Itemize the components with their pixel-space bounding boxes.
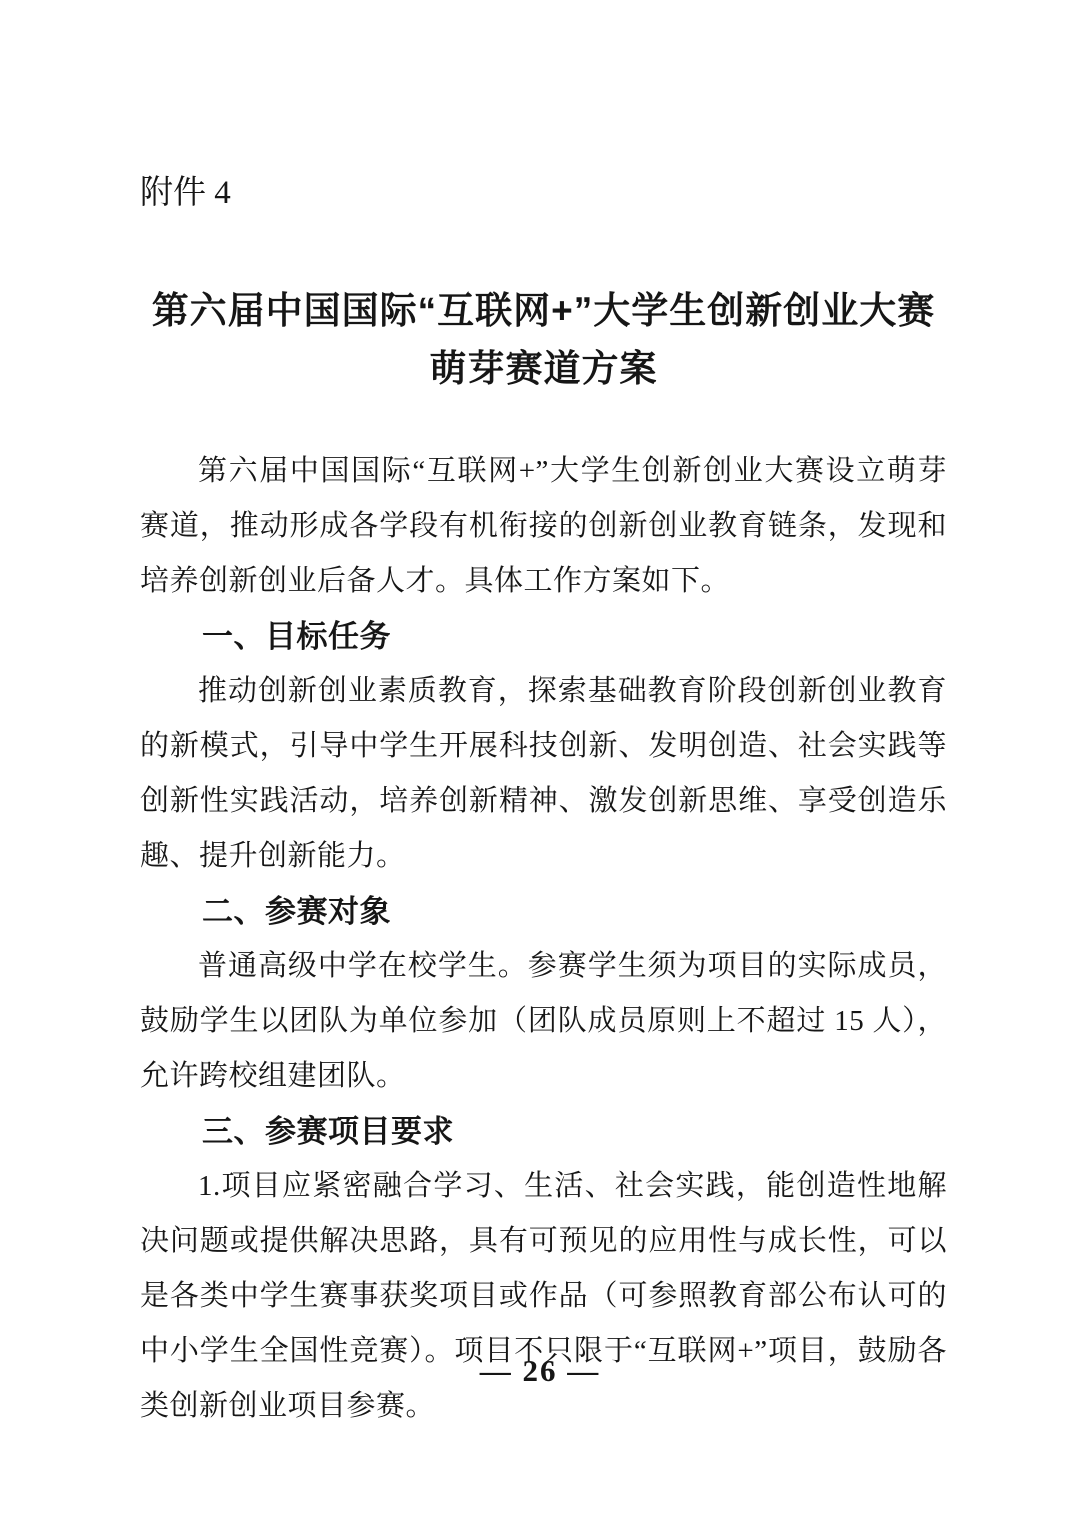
intro-paragraph: 第六届中国国际“互联网+”大学生创新创业大赛设立萌芽赛道，推动形成各学段有机衔接… (140, 444, 947, 609)
section-heading-project-requirements: 三、参赛项目要求 (140, 1104, 947, 1159)
attachment-label: 附件 4 (140, 170, 947, 216)
document-title: 第六届中国国际“互联网+”大学生创新创业大赛 萌芽赛道方案 (140, 282, 947, 398)
goals-paragraph: 推动创新创业素质教育，探索基础教育阶段创新创业教育的新模式，引导中学生开展科技创… (140, 664, 947, 884)
participants-paragraph: 普通高级中学在校学生。参赛学生须为项目的实际成员，鼓励学生以团队为单位参加（团队… (140, 939, 947, 1104)
document-title-line-1: 第六届中国国际“互联网+”大学生创新创业大赛 (140, 282, 947, 340)
document-title-line-2: 萌芽赛道方案 (140, 340, 947, 398)
document-page: 附件 4 第六届中国国际“互联网+”大学生创新创业大赛 萌芽赛道方案 第六届中国… (0, 0, 1080, 1527)
project-requirements-paragraph: 1.项目应紧密融合学习、生活、社会实践，能创造性地解决问题或提供解决思路，具有可… (140, 1159, 947, 1434)
section-heading-participants: 二、参赛对象 (140, 884, 947, 939)
page-number: — 26 — (0, 1353, 1080, 1389)
section-heading-goals: 一、目标任务 (140, 609, 947, 664)
